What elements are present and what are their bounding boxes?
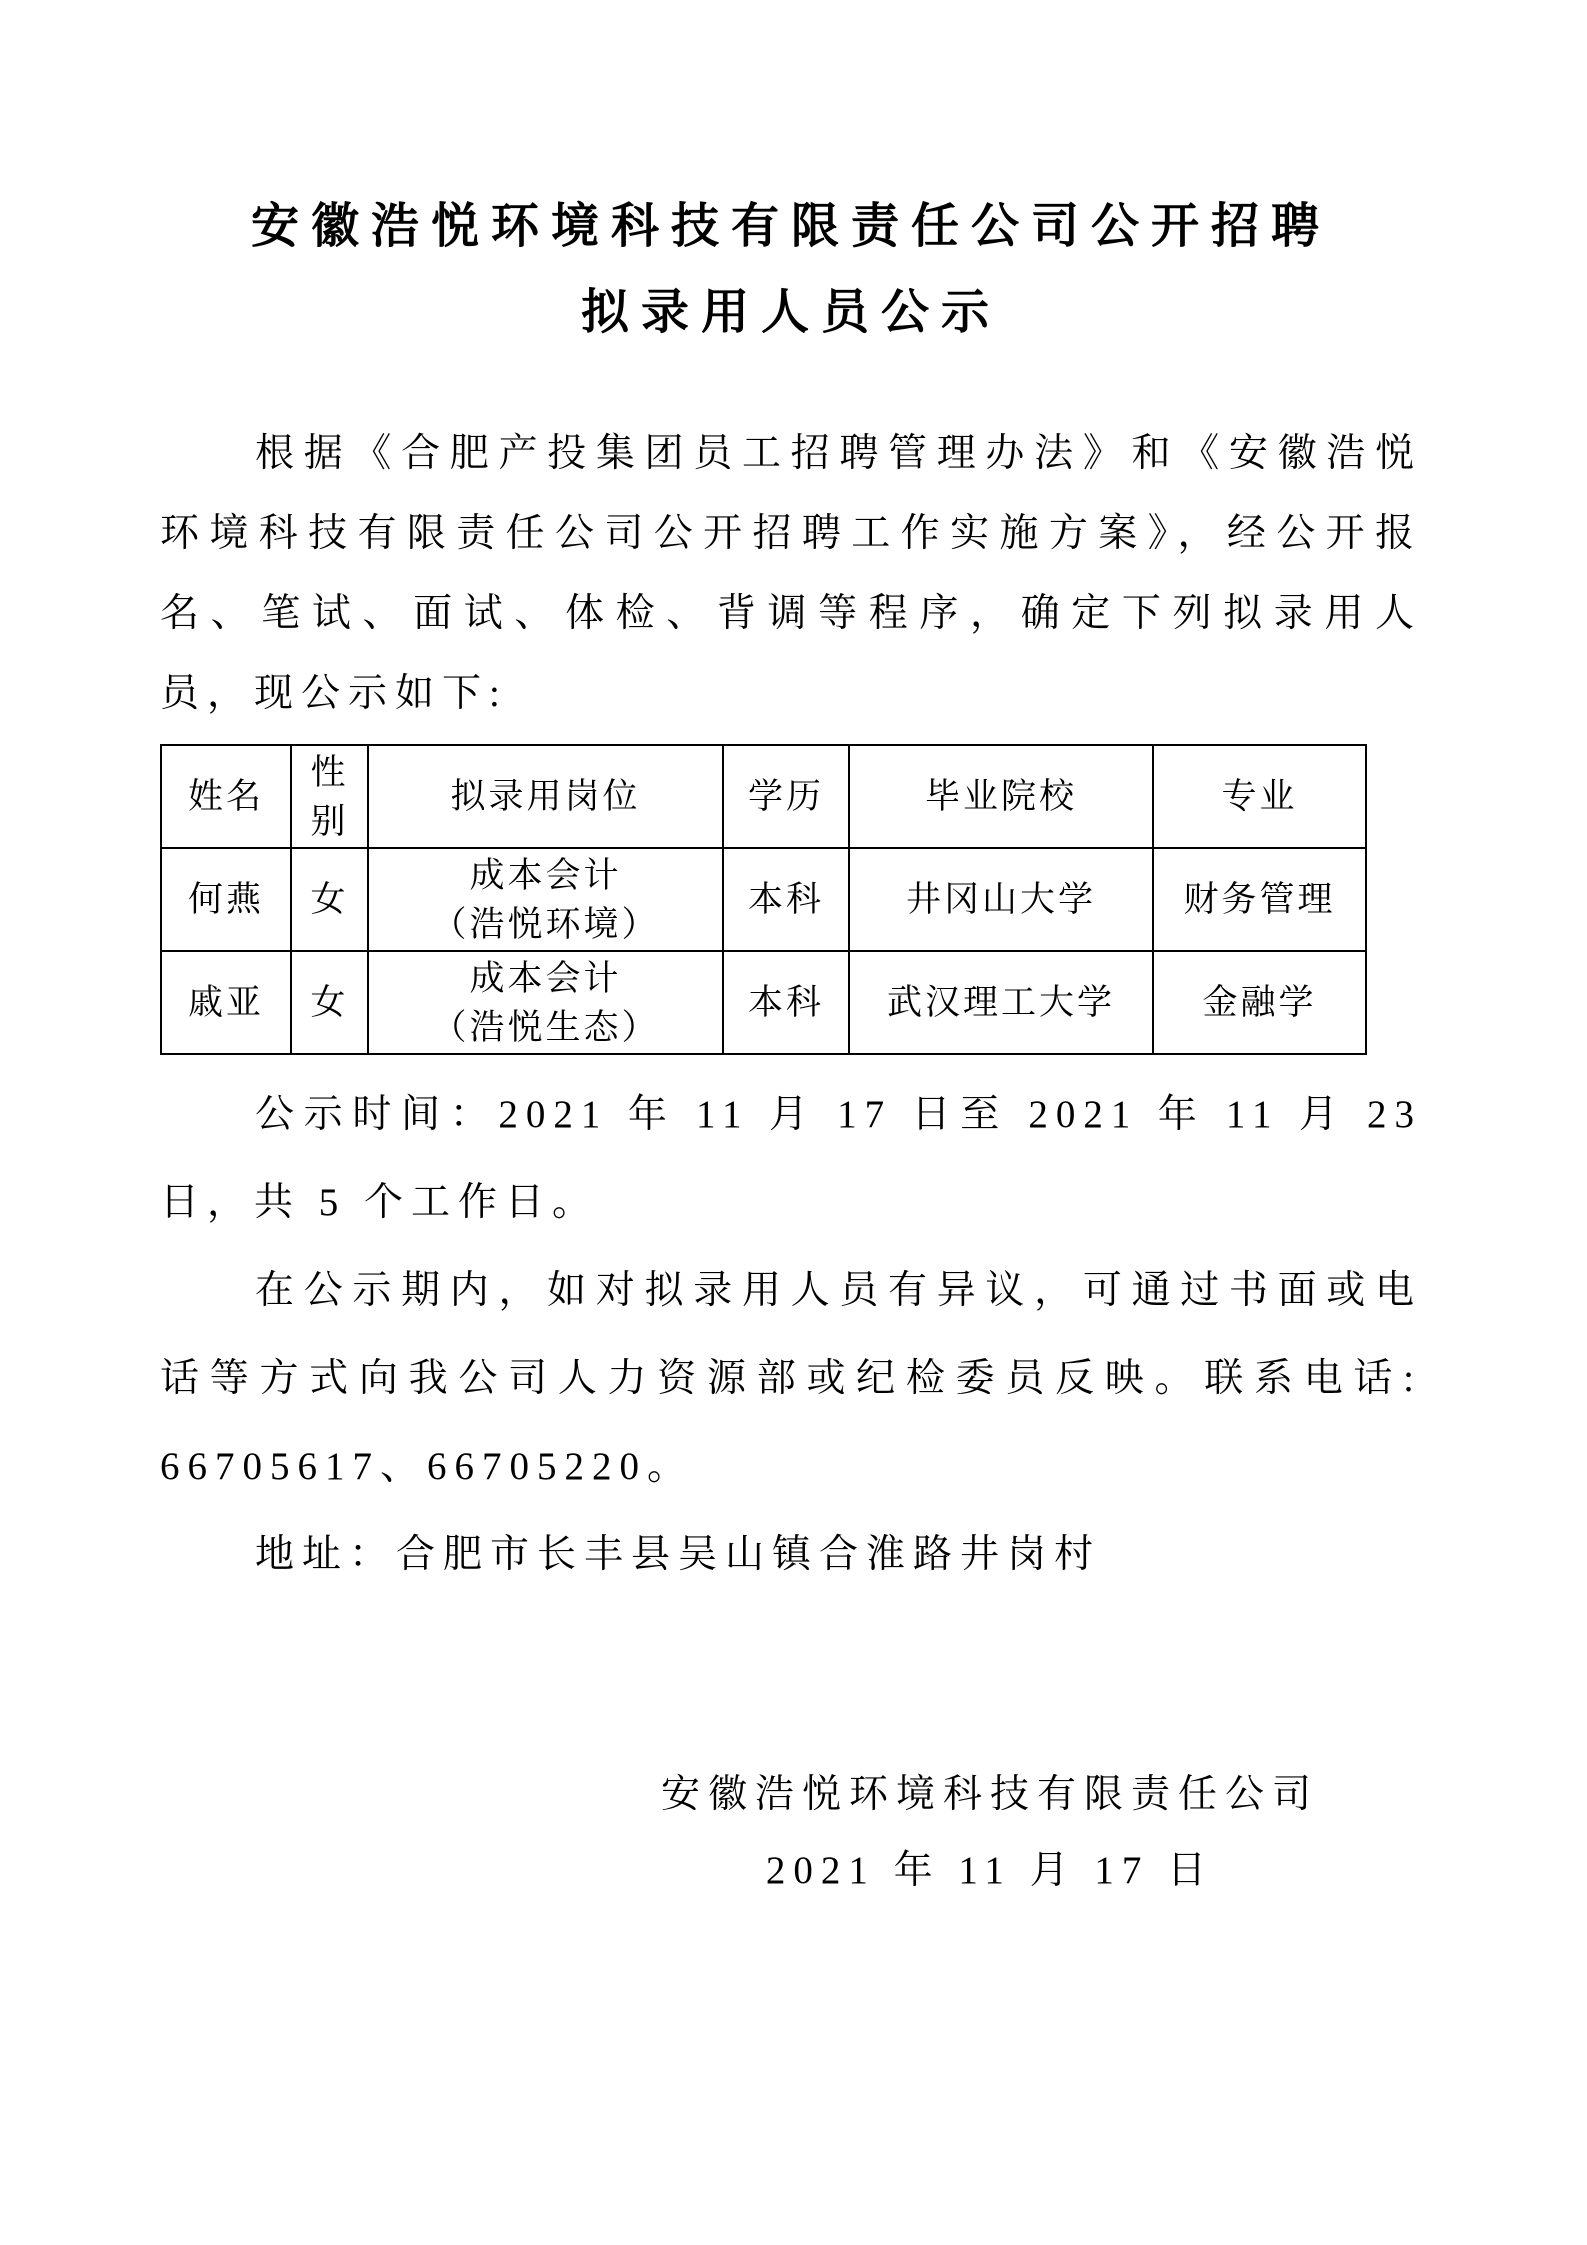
table-header-row: 姓名 性别 拟录用岗位 学历 毕业院校 专业 [161, 745, 1366, 848]
header-degree: 学历 [723, 745, 849, 848]
signature-block: 安徽浩悦环境科技有限责任公司 2021 年 11 月 17 日 [570, 1757, 1410, 1909]
page-title: 安徽浩悦环境科技有限责任公司公开招聘 拟录用人员公示 [160, 184, 1422, 356]
page-title-line2: 拟录用人员公示 [160, 270, 1422, 356]
hire-gender: 女 [291, 951, 368, 1054]
signature-company: 安徽浩悦环境科技有限责任公司 [570, 1757, 1410, 1833]
header-school: 毕业院校 [849, 745, 1153, 848]
hire-school: 井冈山大学 [849, 848, 1153, 951]
hire-major: 金融学 [1153, 951, 1366, 1054]
table-row: 戚亚 女 成本会计 （浩悦生态） 本科 武汉理工大学 金融学 [161, 951, 1366, 1054]
hire-name: 何燕 [161, 848, 291, 951]
hire-gender: 女 [291, 848, 368, 951]
intro-paragraph: 根据《合肥产投集团员工招聘管理办法》和《安徽浩悦环境科技有限责任公司公开招聘工作… [160, 414, 1422, 734]
hire-degree: 本科 [723, 951, 849, 1054]
header-name: 姓名 [161, 745, 291, 848]
hire-school: 武汉理工大学 [849, 951, 1153, 1054]
hire-degree: 本科 [723, 848, 849, 951]
hire-position: 成本会计 （浩悦生态） [368, 951, 723, 1054]
hire-position: 成本会计 （浩悦环境） [368, 848, 723, 951]
hire-major: 财务管理 [1153, 848, 1366, 951]
header-major: 专业 [1153, 745, 1366, 848]
signature-date: 2021 年 11 月 17 日 [570, 1833, 1410, 1909]
page-title-line1: 安徽浩悦环境科技有限责任公司公开招聘 [160, 184, 1422, 270]
objection-paragraph: 在公示期内，如对拟录用人员有异议，可通过书面或电话等方式向我公司人力资源部或纪检… [160, 1247, 1422, 1511]
header-position: 拟录用岗位 [368, 745, 723, 848]
table-row: 何燕 女 成本会计 （浩悦环境） 本科 井冈山大学 财务管理 [161, 848, 1366, 951]
hire-name: 戚亚 [161, 951, 291, 1054]
publicity-period-paragraph: 公示时间：2021 年 11 月 17 日至 2021 年 11 月 23 日，… [160, 1071, 1422, 1247]
document-page: 安徽浩悦环境科技有限责任公司公开招聘 拟录用人员公示 根据《合肥产投集团员工招聘… [0, 0, 1587, 2245]
proposed-hires-table: 姓名 性别 拟录用岗位 学历 毕业院校 专业 何燕 女 成本会计 （浩悦环境） … [160, 744, 1367, 1055]
address-paragraph: 地址：合肥市长丰县吴山镇合淮路井岗村 [160, 1511, 1422, 1599]
header-gender: 性别 [291, 745, 368, 848]
